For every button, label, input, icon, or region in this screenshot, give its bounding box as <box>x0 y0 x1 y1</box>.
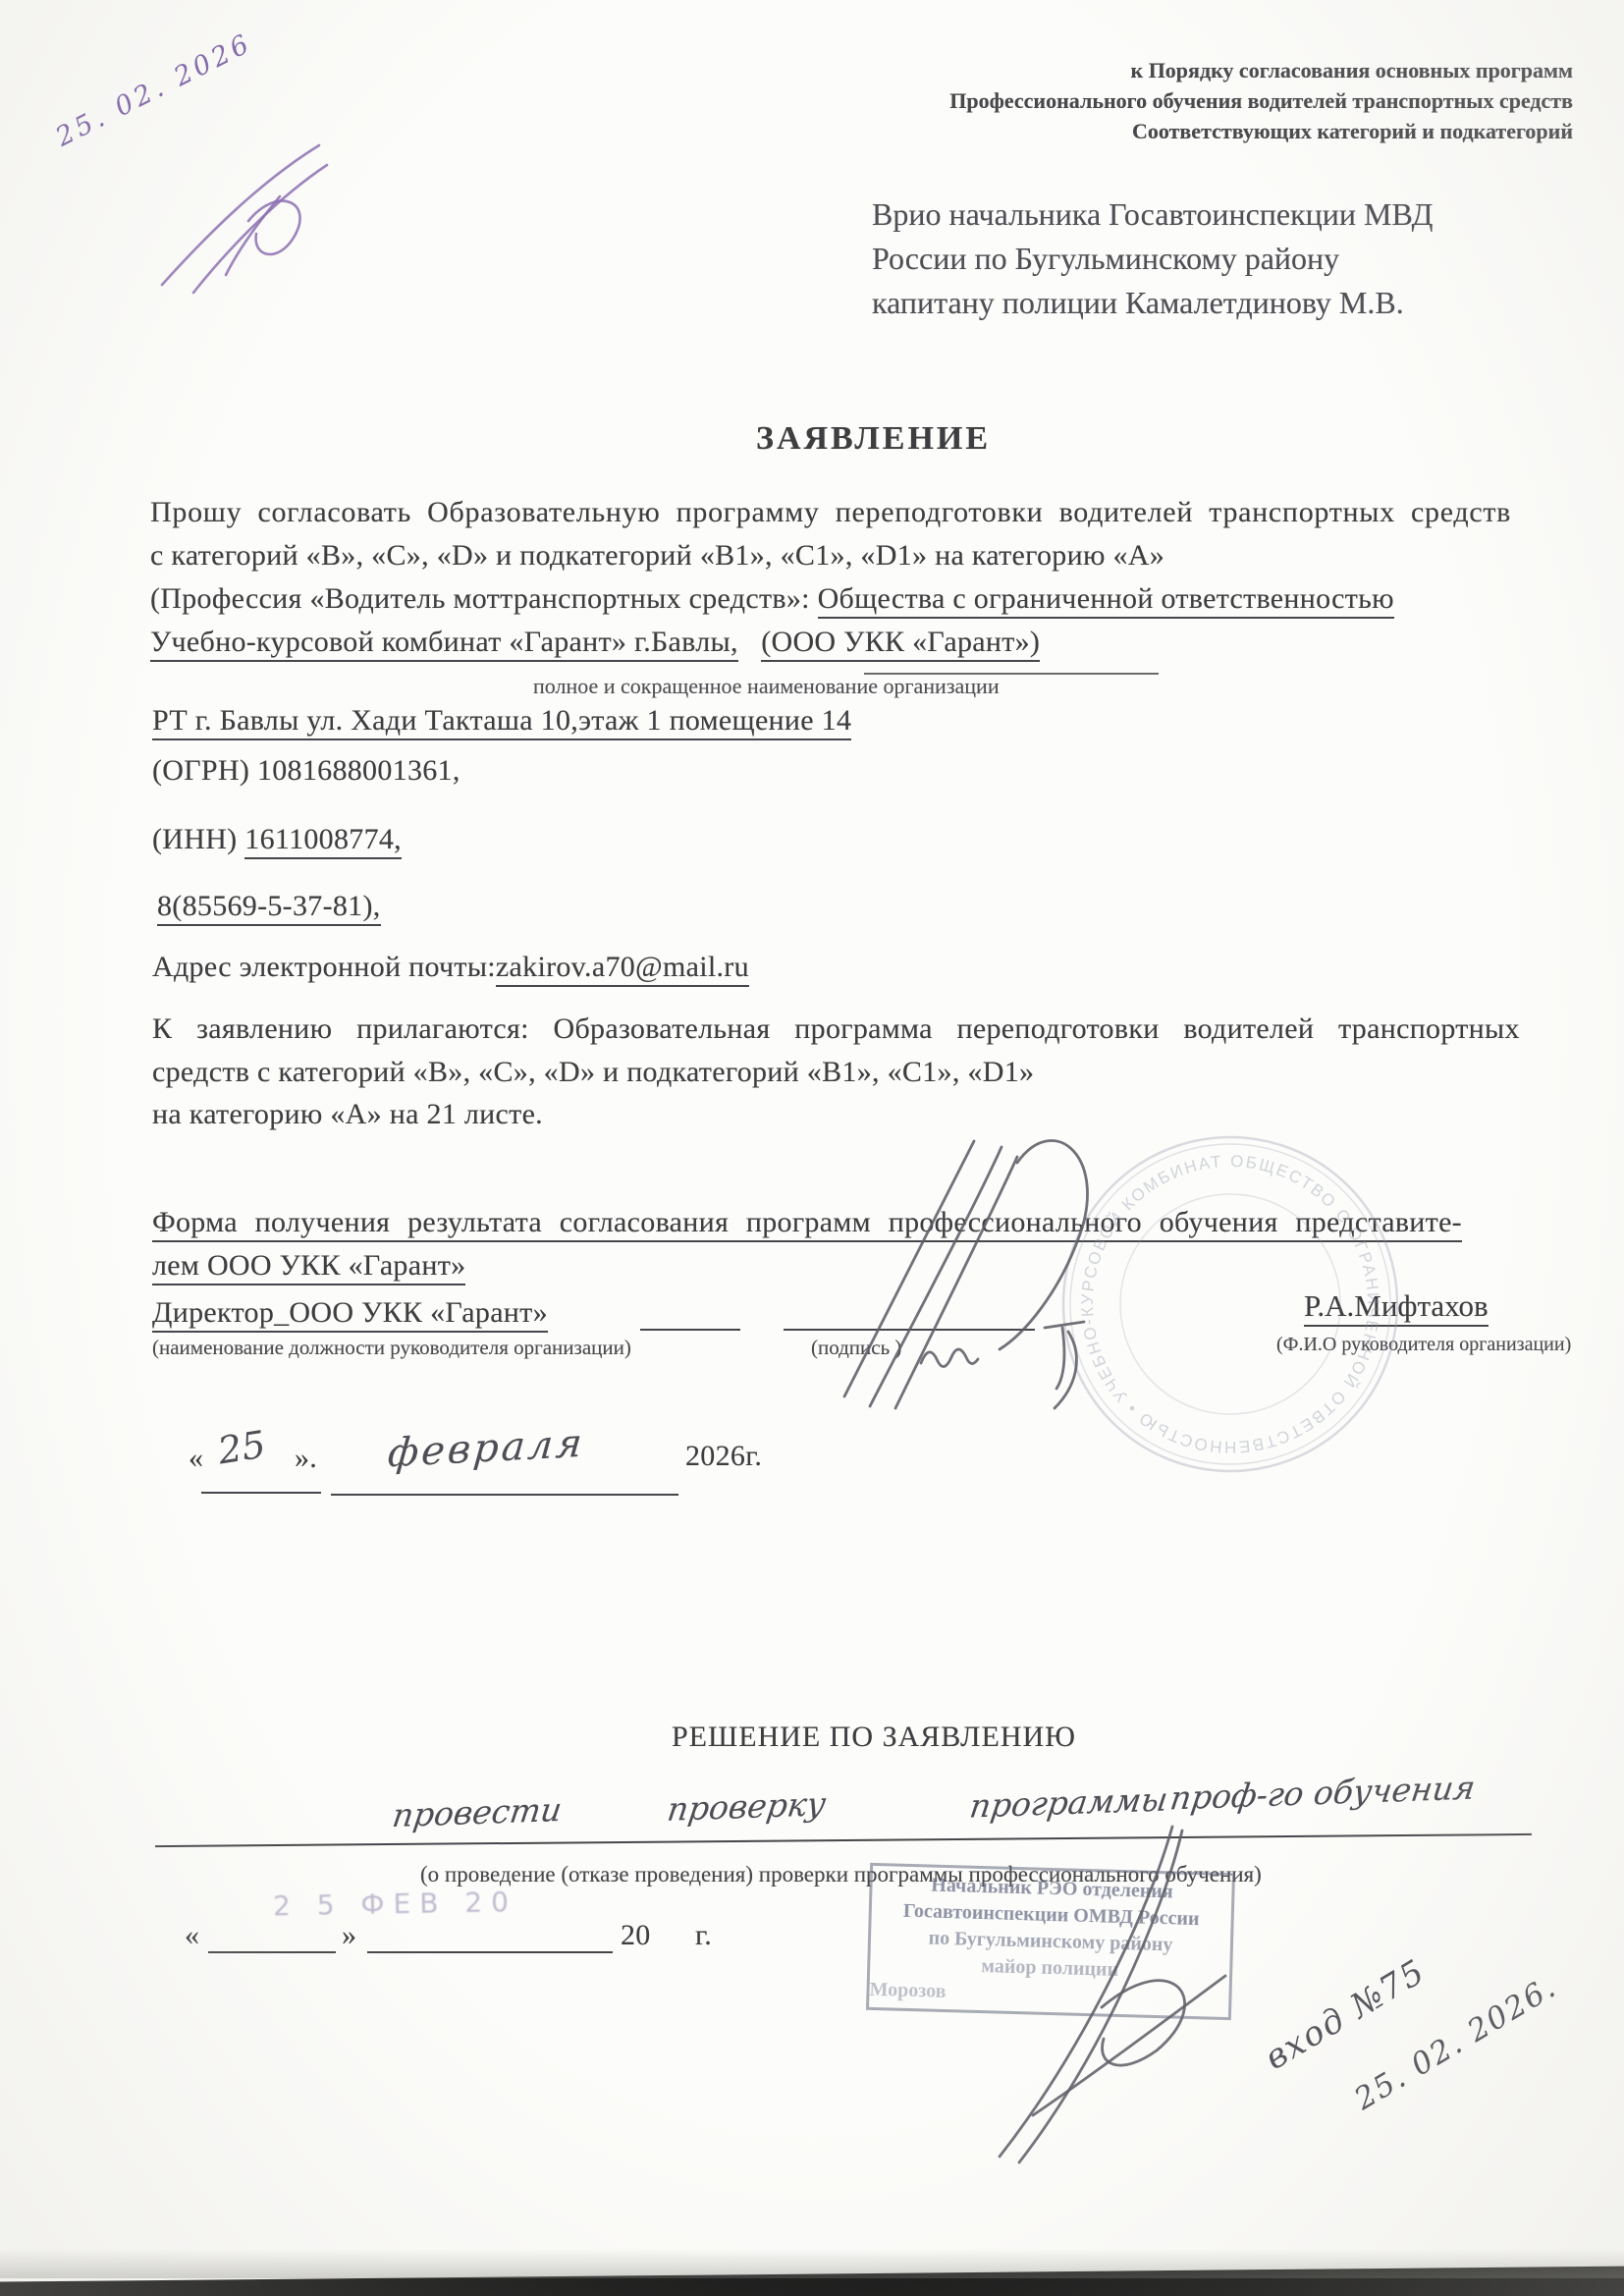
inn-label: (ИНН) <box>152 823 244 855</box>
doc-date-year: 2026г. <box>685 1440 762 1473</box>
addressee-block: Врио начальника Госавтоинспекции МВД Рос… <box>872 192 1433 325</box>
head-position-line: Директор_ООО УКК «Гарант» <box>152 1296 548 1330</box>
position-extra-blank <box>640 1328 740 1331</box>
decision-handwritten-word1: провести <box>390 1790 564 1834</box>
decision-blank-line <box>155 1832 1532 1847</box>
document-title: ЗАЯВЛЕНИЕ <box>756 420 991 458</box>
signature-top-left <box>133 128 358 304</box>
email-label: Адрес электронной почты: <box>152 951 496 983</box>
corner-note: к Порядку согласования основных программ… <box>689 55 1573 146</box>
doc-date-month-handwritten: февраля <box>386 1421 586 1477</box>
decision-month-blank <box>367 1950 613 1953</box>
decision-handwritten-word2: проверку <box>665 1784 828 1829</box>
decision-handwritten-word4: проф-го обучения <box>1167 1768 1478 1817</box>
inn-value: 1611008774, <box>244 823 402 859</box>
email-line: Адрес электронной почты:zakirov.a70@mail… <box>152 951 749 984</box>
doc-date-day-blank <box>201 1491 321 1494</box>
phone-line: 8(85569-5-37-81), <box>157 890 381 923</box>
corner-note-line3: Соответствующих категорий и подкатегорий <box>689 116 1573 146</box>
request-line3: (Профессия «Водитель моттранспортных сре… <box>150 582 1394 616</box>
ogrn-line: (ОГРН) 1081688001361, <box>152 754 460 788</box>
doc-date-quote-open: « <box>189 1442 203 1475</box>
decision-title: РЕШЕНИЕ ПО ЗАЯВЛЕНИЮ <box>672 1721 1076 1754</box>
inn-line: (ИНН) 1611008774, <box>152 823 402 856</box>
org-fullname-part1: Общества с ограниченной ответственностью <box>818 582 1394 619</box>
request-line2: с категорий «В», «С», «D» и подкатегорий… <box>150 539 1164 573</box>
faint-date-stamp: 2 5 ФЕВ 20 <box>273 1886 518 1922</box>
doc-date-month-blank <box>331 1493 678 1496</box>
org-shortname: (ООО УКК «Гарант») <box>761 626 1040 662</box>
signature-inspector <box>964 1821 1259 2174</box>
email-value: zakirov.a70@mail.ru <box>496 951 749 987</box>
attachments-line2: средств с категорий «В», «С», «D» и подк… <box>152 1056 1034 1089</box>
addressee-line2: России по Бугульминскому району <box>872 237 1433 281</box>
ogrn-label: (ОГРН) <box>152 754 257 787</box>
position-caption: (наименование должности руководителя орг… <box>152 1336 631 1360</box>
result-form-line2: лем ООО УКК «Гарант» <box>152 1249 465 1283</box>
org-fullname-part2: Учебно-курсовой комбинат «Гарант» г.Бавл… <box>150 626 738 662</box>
decision-year-prefix: 20 <box>621 1919 651 1952</box>
scanned-application-page: 25. 02. 2026 к Порядку согласования осно… <box>0 0 1624 2296</box>
signature-director <box>827 1102 1141 1426</box>
addressee-line3: капитану полиции Камалетдинову М.В. <box>872 281 1433 325</box>
request-line4: Учебно-курсовой комбинат «Гарант» г.Бавл… <box>150 626 1040 659</box>
scan-edge-shadow <box>0 2249 1624 2278</box>
doc-date-quote-close: ». <box>295 1442 317 1475</box>
doc-date-day-handwritten: 25 <box>215 1422 269 1472</box>
result-form-line2-text: лем ООО УКК «Гарант» <box>152 1249 465 1285</box>
decision-quote-open: « <box>185 1919 199 1952</box>
decision-day-blank <box>208 1950 336 1953</box>
org-address-line: РТ г. Бавлы ул. Хади Такташа 10,этаж 1 п… <box>152 704 851 738</box>
request-line3-plain: (Профессия «Водитель моттранспортных сре… <box>150 582 818 615</box>
attachments-line3: на категорию «А» на 21 листе. <box>152 1098 543 1131</box>
org-name-caption: полное и сокращенное наименование органи… <box>533 674 1000 699</box>
addressee-line1: Врио начальника Госавтоинспекции МВД <box>872 192 1433 237</box>
decision-handwritten-word3: программы <box>967 1779 1170 1825</box>
org-address: РТ г. Бавлы ул. Хади Такташа 10,этаж 1 п… <box>152 704 851 740</box>
head-position: Директор_ООО УКК «Гарант» <box>152 1296 548 1333</box>
attachments-line1: К заявлению прилагаются: Образовательная… <box>152 1012 1520 1046</box>
corner-note-line1: к Порядку согласования основных программ <box>689 55 1573 85</box>
decision-quote-close: » <box>342 1919 356 1952</box>
phone-value: 8(85569-5-37-81), <box>157 890 381 926</box>
org-name-gap <box>738 626 761 658</box>
request-line1: Прошу согласовать Образовательную програ… <box>150 496 1511 529</box>
corner-note-line2: Профессионального обучения водителей тра… <box>689 85 1573 116</box>
decision-year-suffix: г. <box>695 1919 712 1952</box>
ogrn-value: 1081688001361, <box>257 754 460 787</box>
